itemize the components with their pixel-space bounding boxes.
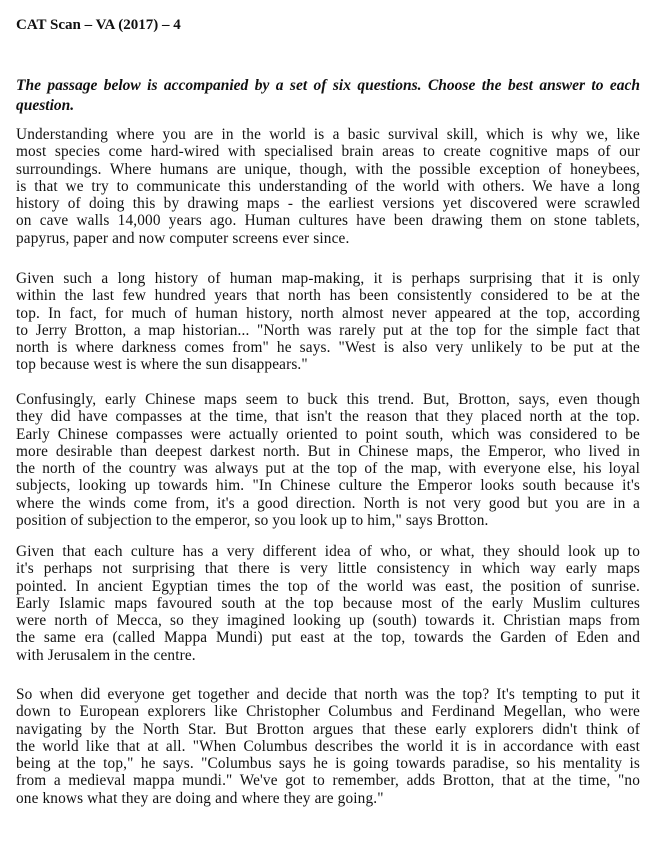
text-line: being at the top," he says. "Columbus sa… (16, 755, 640, 772)
instructions-line: question. (16, 96, 640, 116)
text-line: from a medieval mappa mundi." We've got … (16, 772, 640, 789)
text-line: more desirable than deepest darkest nort… (16, 443, 640, 460)
text-line: So when did everyone get together and de… (16, 686, 640, 703)
text-line: down to European explorers like Christop… (16, 703, 640, 720)
instructions-line: The passage below is accompanied by a se… (16, 76, 640, 96)
passage-paragraph-3: Confusingly, early Chinese maps seem to … (16, 391, 640, 529)
passage-instructions: The passage below is accompanied by a se… (16, 76, 640, 116)
text-line: Understanding where you are in the world… (16, 126, 640, 143)
text-line: on cave walls 14,000 years ago. Human cu… (16, 212, 640, 229)
text-line: papyrus, paper and now computer screens … (16, 230, 640, 247)
text-line: one knows what they are doing and where … (16, 790, 640, 807)
text-line: subjects, looking up towards him. "In Ch… (16, 477, 640, 494)
text-line: Early Chinese compasses were actually or… (16, 426, 640, 443)
text-line: the world like that at all. "When Columb… (16, 738, 640, 755)
text-line: Given that each culture has a very diffe… (16, 543, 640, 560)
passage-paragraph-2: Given such a long history of human map-m… (16, 270, 640, 374)
text-line: within the last few hundred years that n… (16, 287, 640, 304)
text-line: Confusingly, early Chinese maps seem to … (16, 391, 640, 408)
text-line: Early Islamic maps favoured south at the… (16, 595, 640, 612)
text-line: pointed. In ancient Egyptian times the t… (16, 578, 640, 595)
text-line: it's perhaps not surprising that there i… (16, 560, 640, 577)
text-line: surroundings. Where humans are unique, t… (16, 161, 640, 178)
text-line: with Jerusalem in the centre. (16, 647, 640, 664)
text-line: north is where darkness comes from" he s… (16, 339, 640, 356)
text-line: history of doing this by drawing maps - … (16, 195, 640, 212)
text-line: to Jerry Brotton, a map historian... "No… (16, 322, 640, 339)
text-line: the same era (called Mappa Mundi) put ea… (16, 629, 640, 646)
text-line: top. In fact, for much of human history,… (16, 305, 640, 322)
text-line: top because west is where the sun disapp… (16, 356, 640, 373)
text-line: they did have compasses at the time, tha… (16, 408, 640, 425)
text-line: the north of the country was always put … (16, 460, 640, 477)
text-line: position of subjection to the emperor, s… (16, 512, 640, 529)
document-title: CAT Scan – VA (2017) – 4 (16, 17, 181, 34)
passage-paragraph-1: Understanding where you are in the world… (16, 126, 640, 247)
text-line: were north of Mecca, so they imagined lo… (16, 612, 640, 629)
text-line: most species come hard-wired with specia… (16, 143, 640, 160)
text-line: navigating by the North Star. But Brotto… (16, 721, 640, 738)
passage-paragraph-5: So when did everyone get together and de… (16, 686, 640, 807)
passage-paragraph-4: Given that each culture has a very diffe… (16, 543, 640, 664)
text-line: Given such a long history of human map-m… (16, 270, 640, 287)
text-line: is that we try to communicate this under… (16, 178, 640, 195)
text-line: where the winds come from, it's a good d… (16, 495, 640, 512)
